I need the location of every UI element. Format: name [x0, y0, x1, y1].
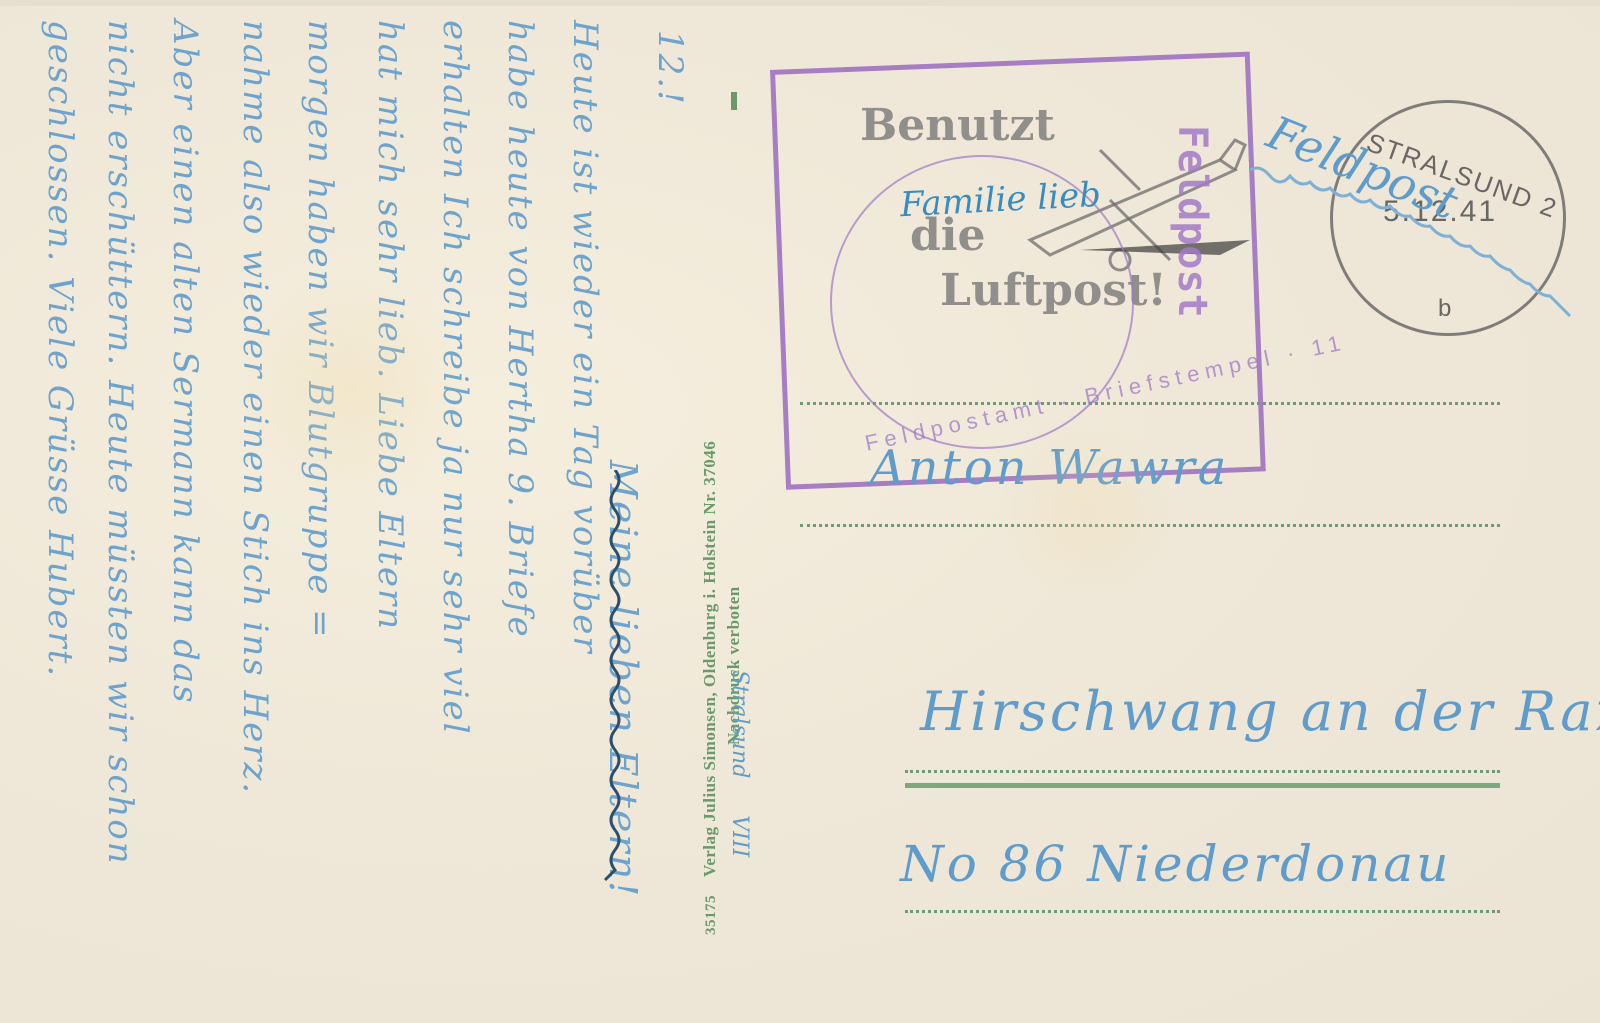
imprint-line1: Verlag Julius Simonsen, Oldenburg i. Hol… [700, 441, 719, 877]
letter-line: morgen haben wir Blutgruppe = [300, 20, 340, 640]
letter-line: geschlossen. Viele Grüsse Hubert. [40, 20, 80, 678]
address-line-solid [905, 783, 1500, 788]
address-line [905, 910, 1500, 913]
address-line [800, 402, 1500, 405]
letter-line: hat mich sehr lieb. Liebe Eltern [370, 20, 410, 631]
recipient-place: Hirschwang an der Rax [920, 680, 1600, 743]
postcard: 12.! Meine lieben Eltern! Heute ist wied… [0, 0, 1600, 1023]
letter-line: nicht erschüttern. Heute müssten wir sch… [100, 20, 140, 866]
wavy-underline [600, 470, 630, 890]
sender-place-text: Stralsund [727, 670, 752, 778]
address-line [905, 770, 1500, 773]
imprint-code: 35175 [703, 895, 719, 935]
letter-line: erhalten Ich schreibe ja nur sehr viel [435, 20, 475, 736]
imprint-dash [731, 92, 737, 110]
letter-date: 12.! [650, 30, 690, 106]
letter-line: Aber einen alten Sermann kann das [165, 20, 205, 705]
recipient-name: Anton Wawra [870, 440, 1229, 496]
letter-line: habe heute von Hertha 9. Briefe [500, 20, 540, 639]
roman-marks: VIII [727, 815, 752, 857]
censor-vertical-text: Feldpost [1169, 125, 1215, 318]
sender-place: Stralsund VIII [727, 670, 752, 857]
letter-line: Heute ist wieder ein Tag vorüber [565, 20, 605, 655]
recipient-street: No 86 Niederdonau [900, 835, 1451, 893]
address-line [800, 524, 1500, 527]
letter-line: nahme also wieder einen Stich ins Herz. [235, 20, 275, 795]
